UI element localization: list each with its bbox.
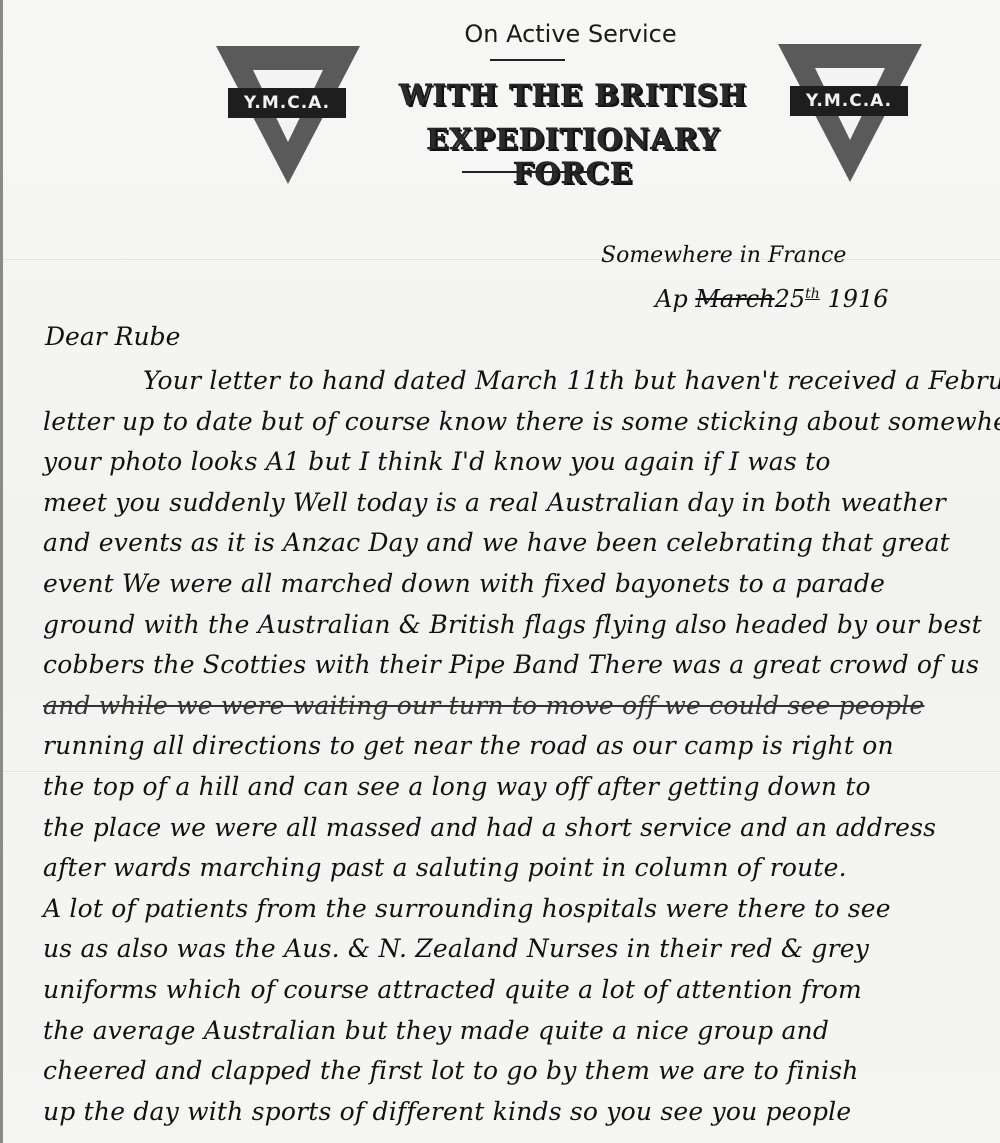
letter-date: Ap March25th 1916 [655,285,889,313]
letter-line: after wards marching past a saluting poi… [43,853,847,882]
ymca-logo-right: Y.M.C.A. [770,40,930,190]
ymca-badge: Y.M.C.A. [790,86,908,116]
letter-line: your photo looks A1 but I think I'd know… [43,447,831,476]
letterhead-subtitle: On Active Service [403,20,738,48]
letter-line: running all directions to get near the r… [43,731,894,760]
letter-line: the average Australian but they made qui… [43,1016,829,1045]
letter-line: event We were all marched down with fixe… [43,569,885,598]
letter-line: uniforms which of course attracted quite… [43,975,862,1004]
letter-line: A lot of patients from the surrounding h… [43,894,891,923]
letterhead-divider [462,171,592,173]
paper-fold-line [3,259,1000,262]
letter-place: Somewhere in France [601,243,846,268]
letter-line: and events as it is Anzac Day and we hav… [43,528,950,557]
letter-line: cheered and clapped the first lot to go … [43,1056,859,1085]
letter-line: us as also was the Aus. & N. Zealand Nur… [43,934,869,963]
date-day-suffix: th [805,286,820,302]
letter-line: meet you suddenly Well today is a real A… [43,488,946,517]
letterhead-title-line-1: WITH THE BRITISH [363,78,783,112]
ymca-logo-left: Y.M.C.A. [208,42,368,192]
letterhead-title-line-2: EXPEDITIONARY FORCE [363,122,783,190]
date-prefix: Ap [655,285,688,313]
letter-line: cobbers the Scotties with their Pipe Ban… [43,650,979,679]
letter-page: Y.M.C.A. Y.M.C.A. On Active Service WITH… [0,0,1000,1143]
letter-salutation: Dear Rube [45,322,180,351]
letter-line: ground with the Australian & British fla… [43,610,982,639]
letter-line-struck: and while we were waiting our turn to mo… [43,691,924,720]
letter-line: the top of a hill and can see a long way… [43,772,871,801]
letter-line: Your letter to hand dated March 11th but… [143,366,1000,395]
letter-line: the place we were all massed and had a s… [43,813,936,842]
date-day: 25 [775,285,806,313]
letterhead-divider [490,59,565,61]
ymca-badge: Y.M.C.A. [228,88,346,118]
letter-line: letter up to date but of course know the… [43,407,1000,436]
letter-line: up the day with sports of different kind… [43,1097,851,1126]
date-year: 1916 [827,285,888,313]
date-struck-month: March [695,285,774,313]
